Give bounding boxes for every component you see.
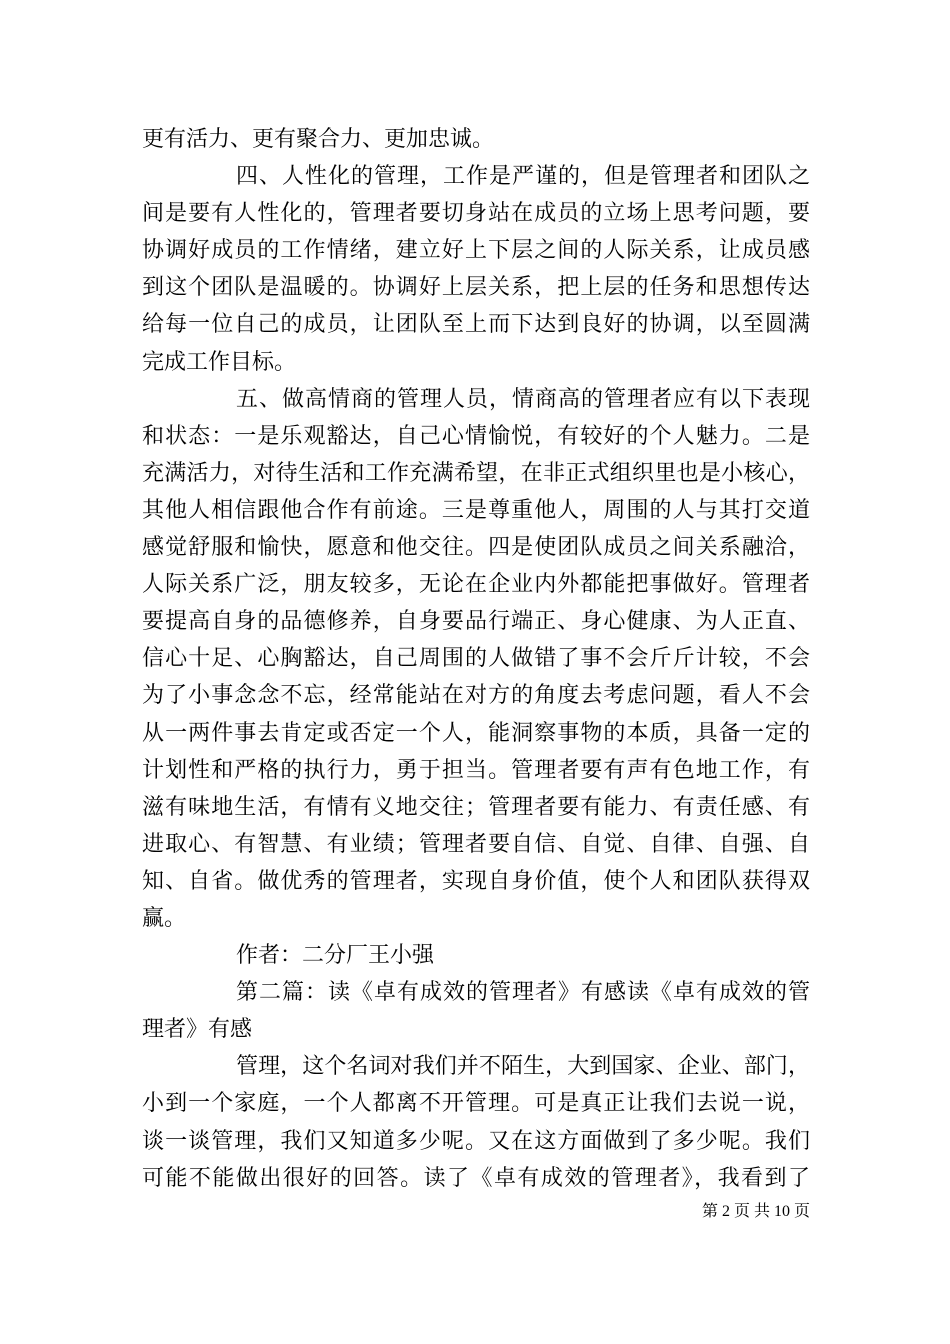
- text-line: 完成工作目标。: [142, 343, 810, 380]
- text-line: 为了小事念念不忘，经常能站在对方的角度去考虑问题，看人不会: [142, 676, 810, 713]
- text-line: 五、做高情商的管理人员，情商高的管理者应有以下表现: [142, 380, 810, 417]
- paragraph: 管理，这个名词对我们并不陌生，大到国家、企业、部门，小到一个家庭，一个人都离不开…: [142, 1047, 810, 1195]
- text-line: 理者》有感: [142, 1010, 810, 1047]
- text-line: 其他人相信跟他合作有前途。三是尊重他人，周围的人与其打交道: [142, 491, 810, 528]
- text-line: 充满活力，对待生活和工作充满希望，在非正式组织里也是小核心，: [142, 454, 810, 491]
- text-line: 作者：二分厂王小强: [142, 936, 810, 973]
- text-line: 到这个团队是温暖的。协调好上层关系，把上层的任务和思想传达: [142, 268, 810, 305]
- paragraph: 更有活力、更有聚合力、更加忠诚。: [142, 120, 810, 157]
- text-line: 滋有味地生活，有情有义地交往；管理者要有能力、有责任感、有: [142, 788, 810, 825]
- text-line: 感觉舒服和愉快，愿意和他交往。四是使团队成员之间关系融洽，: [142, 528, 810, 565]
- document-page: 更有活力、更有聚合力、更加忠诚。四、人性化的管理，工作是严谨的，但是管理者和团队…: [0, 0, 950, 1344]
- text-line: 计划性和严格的执行力，勇于担当。管理者要有声有色地工作，有: [142, 751, 810, 788]
- text-line: 小到一个家庭，一个人都离不开管理。可是真正让我们去说一说，: [142, 1084, 810, 1121]
- text-line: 给每一位自己的成员，让团队至上而下达到良好的协调，以至圆满: [142, 305, 810, 342]
- text-line: 和状态：一是乐观豁达，自己心情愉悦，有较好的个人魅力。二是: [142, 417, 810, 454]
- text-line: 从一两件事去肯定或否定一个人，能洞察事物的本质，具备一定的: [142, 714, 810, 751]
- text-line: 四、人性化的管理，工作是严谨的，但是管理者和团队之: [142, 157, 810, 194]
- text-line: 赢。: [142, 899, 810, 936]
- text-line: 人际关系广泛，朋友较多，无论在企业内外都能把事做好。管理者: [142, 565, 810, 602]
- text-line: 间是要有人性化的，管理者要切身站在成员的立场上思考问题，要: [142, 194, 810, 231]
- text-line: 协调好成员的工作情绪，建立好上下层之间的人际关系，让成员感: [142, 231, 810, 268]
- text-line: 管理，这个名词对我们并不陌生，大到国家、企业、部门，: [142, 1047, 810, 1084]
- text-line: 第二篇：读《卓有成效的管理者》有感读《卓有成效的管: [142, 973, 810, 1010]
- paragraph: 四、人性化的管理，工作是严谨的，但是管理者和团队之间是要有人性化的，管理者要切身…: [142, 157, 810, 380]
- document-body: 更有活力、更有聚合力、更加忠诚。四、人性化的管理，工作是严谨的，但是管理者和团队…: [142, 120, 810, 1196]
- paragraph: 作者：二分厂王小强: [142, 936, 810, 973]
- text-line: 要提高自身的品德修养，自身要品行端正、身心健康、为人正直、: [142, 602, 810, 639]
- paragraph: 第二篇：读《卓有成效的管理者》有感读《卓有成效的管理者》有感: [142, 973, 810, 1047]
- text-line: 进取心、有智慧、有业绩；管理者要自信、自觉、自律、自强、自: [142, 825, 810, 862]
- text-line: 谈一谈管理，我们又知道多少呢。又在这方面做到了多少呢。我们: [142, 1122, 810, 1159]
- page-number-footer: 第 2 页 共 10 页: [142, 1201, 810, 1223]
- text-line: 更有活力、更有聚合力、更加忠诚。: [142, 120, 810, 157]
- text-line: 信心十足、心胸豁达，自己周围的人做错了事不会斤斤计较，不会: [142, 639, 810, 676]
- paragraph: 五、做高情商的管理人员，情商高的管理者应有以下表现和状态：一是乐观豁达，自己心情…: [142, 380, 810, 936]
- text-line: 知、自省。做优秀的管理者，实现自身价值，使个人和团队获得双: [142, 862, 810, 899]
- text-line: 可能不能做出很好的回答。读了《卓有成效的管理者》，我看到了: [142, 1159, 810, 1196]
